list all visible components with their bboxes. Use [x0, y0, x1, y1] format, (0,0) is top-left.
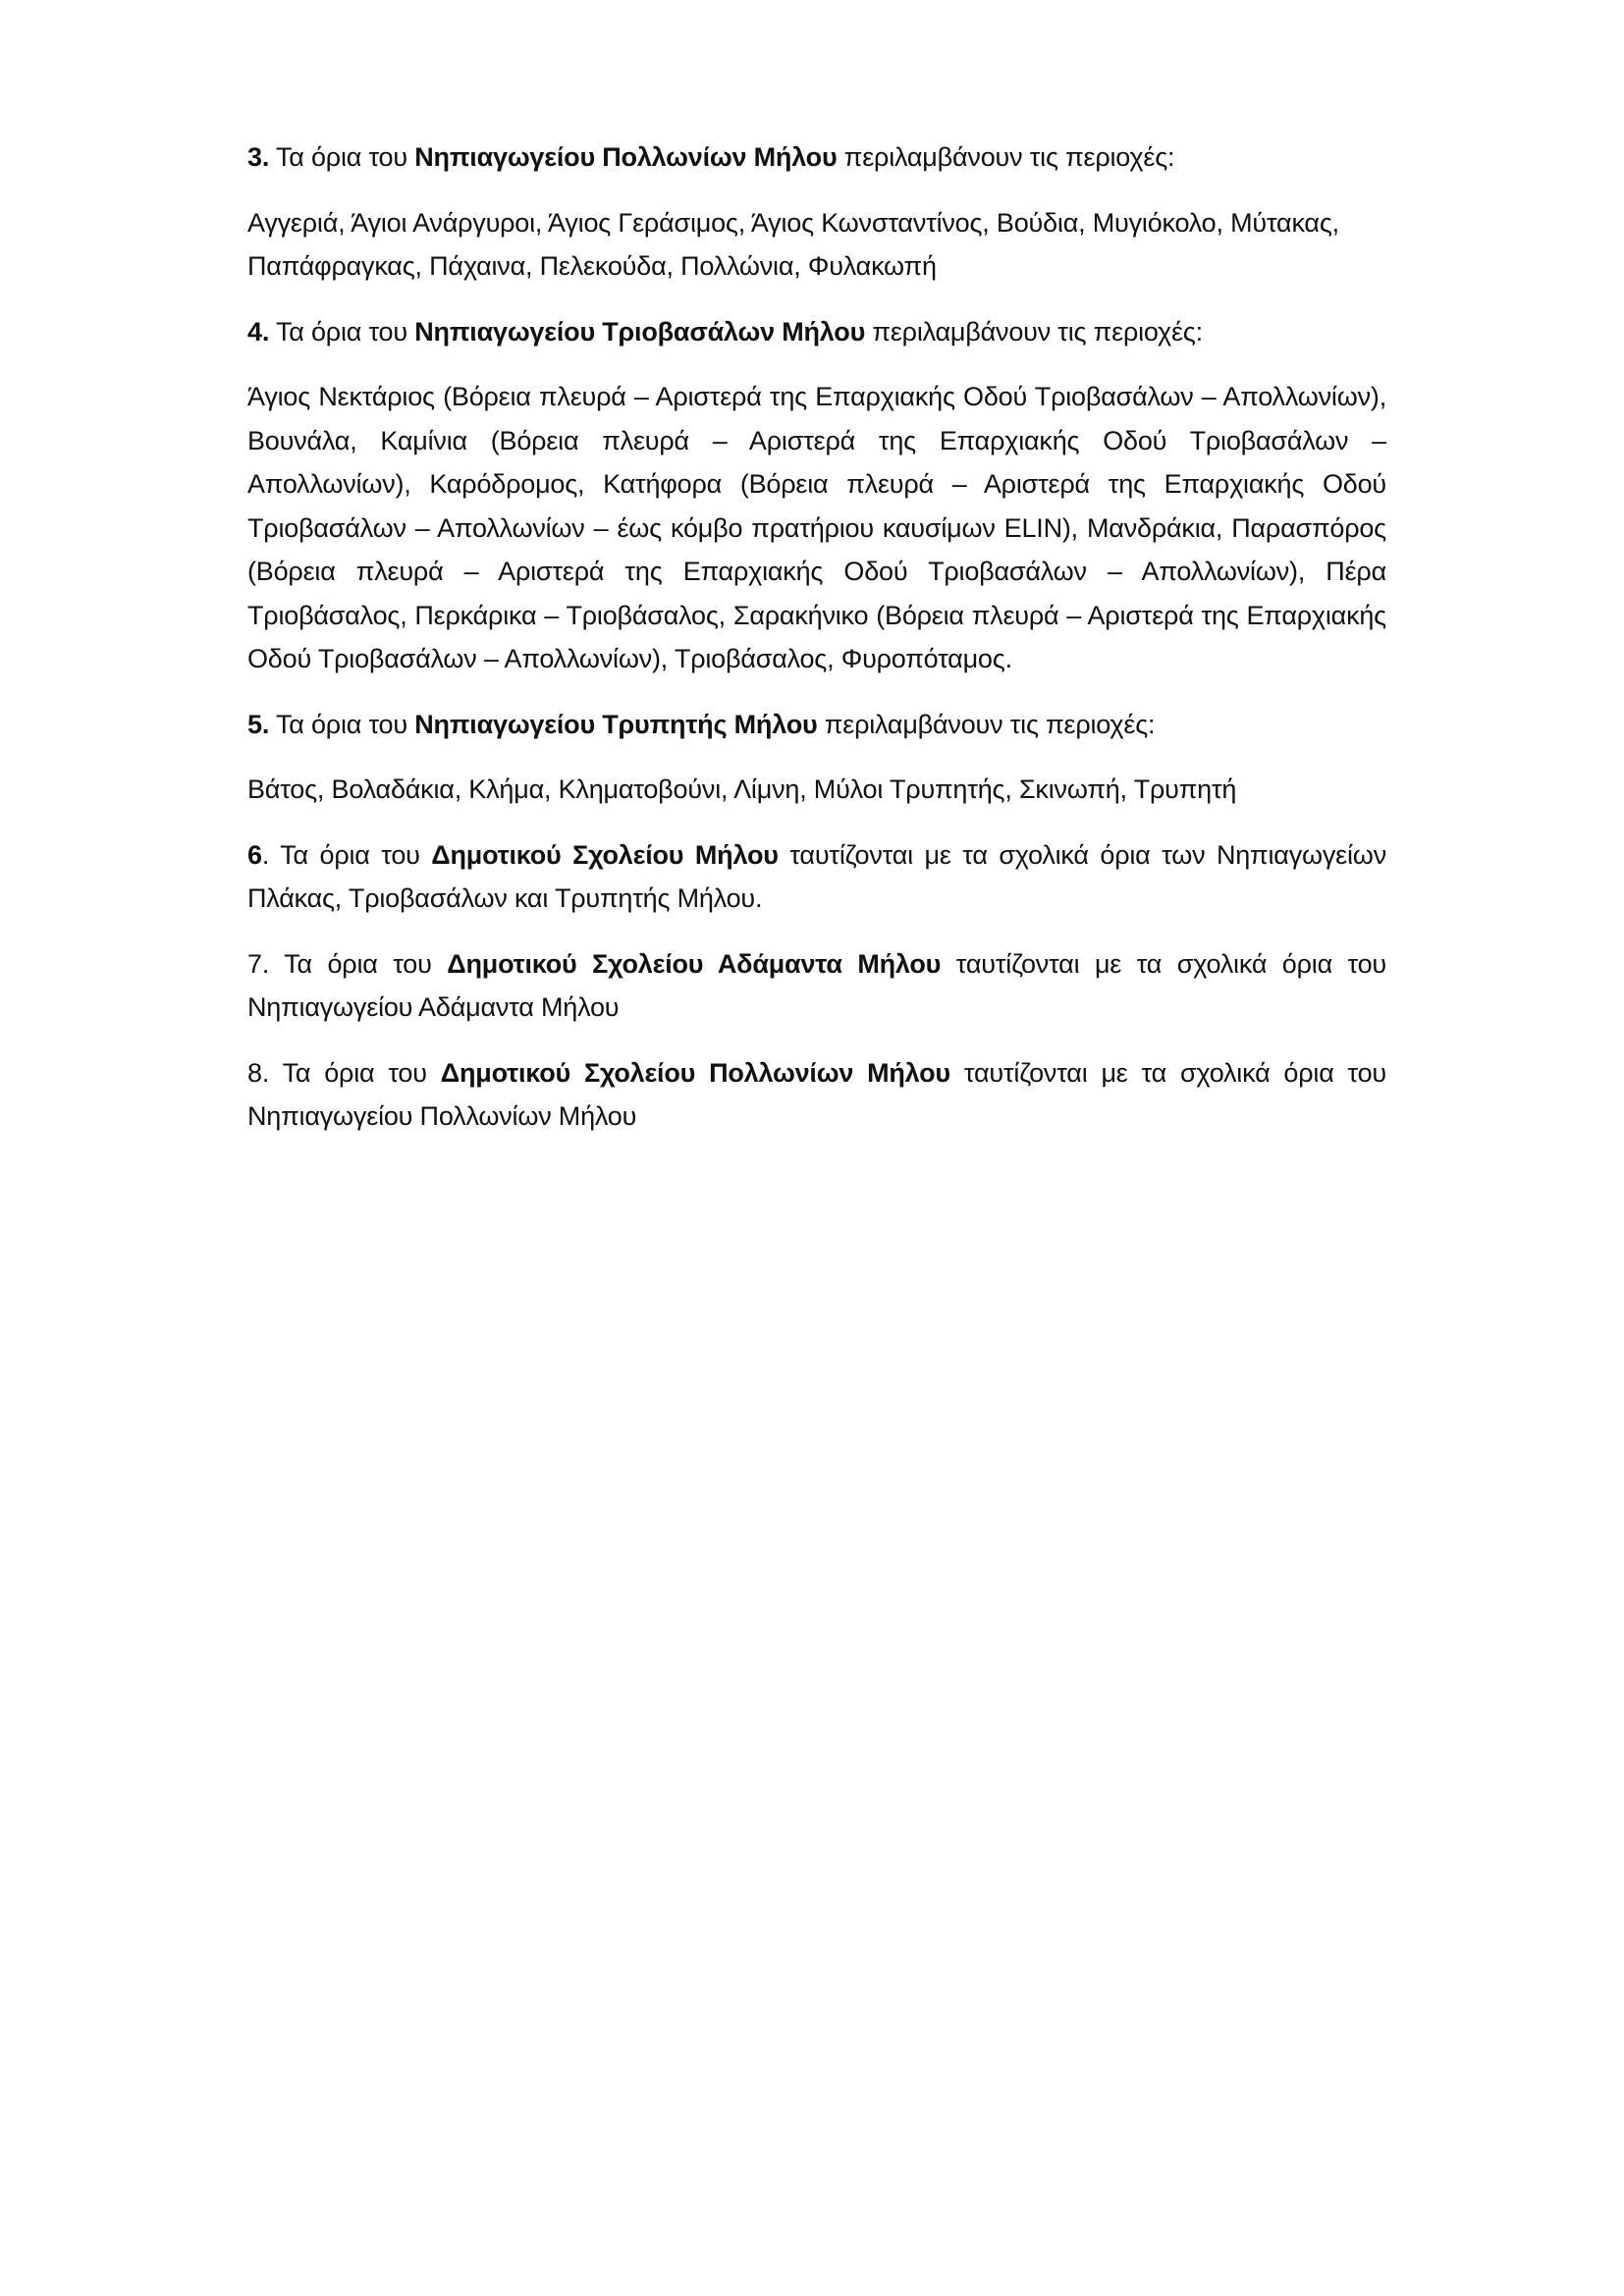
document-page: 3. Τα όρια του Νηπιαγωγείου Πολλωνίων Μή… [247, 135, 1386, 1160]
section-6-text: 6. Τα όρια του Δημοτικού Σχολείου Μήλου … [247, 833, 1386, 921]
section-5-areas: Βάτος, Βολαδάκια, Κλήμα, Κληματοβούνι, Λ… [247, 768, 1386, 812]
heading-text: Τα όρια του [269, 710, 414, 739]
section-number: 6 [247, 840, 262, 870]
school-name: Νηπιαγωγείου Πολλωνίων Μήλου [414, 142, 837, 172]
section-3-areas: Αγγεριά, Άγιοι Ανάργυροι, Άγιος Γεράσιμο… [247, 201, 1386, 289]
heading-text: περιλαμβάνουν τις περιοχές: [818, 710, 1156, 739]
section-5-heading: 5. Τα όρια του Νηπιαγωγείου Τρυπητής Μήλ… [247, 703, 1386, 747]
section-number: 3. [247, 142, 269, 172]
section-3-heading: 3. Τα όρια του Νηπιαγωγείου Πολλωνίων Μή… [247, 135, 1386, 180]
school-name: Δημοτικού Σχολείου Μήλου [431, 840, 778, 870]
section-number: 8. [247, 1058, 269, 1088]
school-name: Νηπιαγωγείου Τριοβασάλων Μήλου [414, 317, 865, 347]
heading-text: Τα όρια του [269, 142, 414, 172]
section-4-areas: Άγιος Νεκτάριος (Βόρεια πλευρά – Αριστερ… [247, 375, 1386, 681]
body-text: . Τα όρια του [262, 840, 431, 870]
body-text: Τα όρια του [269, 949, 447, 979]
section-7-text: 7. Τα όρια του Δημοτικού Σχολείου Αδάμαν… [247, 942, 1386, 1030]
school-name: Δημοτικού Σχολείου Πολλωνίων Μήλου [441, 1058, 950, 1088]
school-name: Δημοτικού Σχολείου Αδάμαντα Μήλου [447, 949, 941, 979]
heading-text: περιλαμβάνουν τις περιοχές: [837, 142, 1174, 172]
school-name: Νηπιαγωγείου Τρυπητής Μήλου [414, 710, 817, 739]
section-number: 5. [247, 710, 269, 739]
section-8-text: 8. Τα όρια του Δημοτικού Σχολείου Πολλων… [247, 1051, 1386, 1139]
heading-text: Τα όρια του [269, 317, 414, 347]
heading-text: περιλαμβάνουν τις περιοχές: [865, 317, 1203, 347]
section-number: 7. [247, 949, 269, 979]
section-number: 4. [247, 317, 269, 347]
section-4-heading: 4. Τα όρια του Νηπιαγωγείου Τριοβασάλων … [247, 310, 1386, 354]
body-text: Τα όρια του [269, 1058, 441, 1088]
